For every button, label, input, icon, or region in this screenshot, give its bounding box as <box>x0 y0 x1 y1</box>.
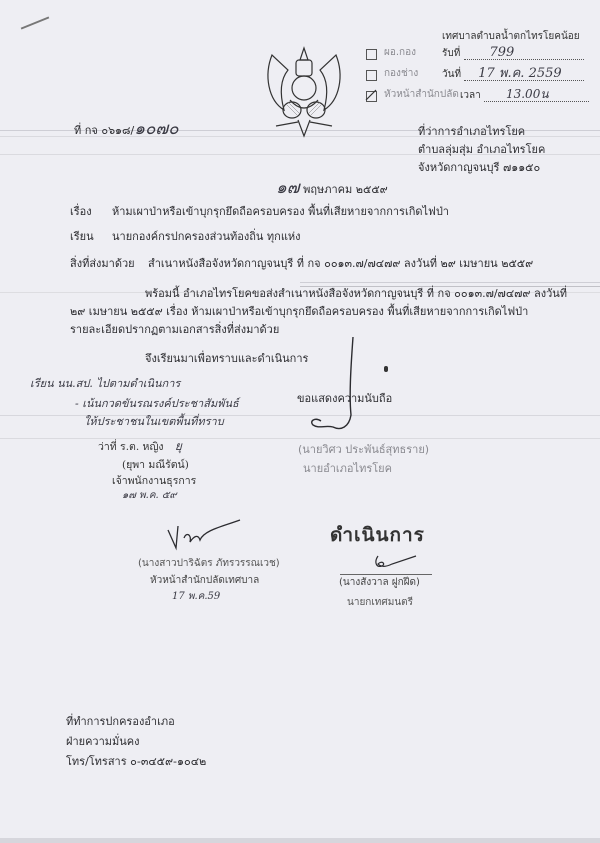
staff-check: ว่าที่ ร.ต. หญิง ยุ <box>98 437 182 456</box>
letter-date: ๑๗ พฤษภาคม ๒๕๕๙ <box>276 181 388 197</box>
district-chief-signature <box>305 335 375 439</box>
staff-date: ๑๗ พ.ค. ๕๙ <box>122 488 177 503</box>
handwritten-instruction: ให้ประชาชนในเขตพื้นที่ทราบ <box>84 412 224 430</box>
garuda-emblem-icon <box>262 40 346 140</box>
recipient-label: เรียน <box>70 230 94 244</box>
handwritten-instruction: - เน้นกวดขันรณรงค์ประชาสัมพันธ์ <box>75 394 239 412</box>
reference-number: ที่ กจ ๐๖๑๘/๑๐๗๐ <box>74 122 179 138</box>
scan-artifact-line <box>300 282 600 283</box>
signer-name: (นายวิศว ประพันธ์สุทธราย) <box>298 443 429 457</box>
sender-address-line: จังหวัดกาญจนบุรี ๗๑๑๕๐ <box>418 161 540 175</box>
checkmark-icon <box>365 89 377 101</box>
body-paragraph-line: รายละเอียดปรากฏตามเอกสารสิ่งที่ส่งมาด้วย <box>70 323 279 337</box>
receipt-number-label: รับที่ <box>442 48 460 59</box>
staff-initial-signature: ยุ <box>175 439 182 453</box>
body-paragraph-line: ๒๙ เมษายน ๒๕๕๙ เรื่อง ห้ามเผาป่าหรือเข้า… <box>70 305 528 319</box>
recipient-text: นายกองค์กรปกครองส่วนท้องถิ่น ทุกแห่ง <box>112 230 301 244</box>
receipt-time-row: เวลา 13.00น <box>460 88 589 102</box>
reference-number-handwritten: ๑๐๗๐ <box>134 119 178 139</box>
receipt-date-row: วันที่ 17 พ.ค. 2559 <box>442 67 584 81</box>
mayor-signature <box>372 552 422 576</box>
letter-date-day: ๑๗ <box>276 178 300 198</box>
reference-number-label: ที่ กจ ๐๖๑๘/ <box>74 124 134 137</box>
chief-date: 17 พ.ค.59 <box>172 589 220 604</box>
mayor-title: นายกเทศมนตรี <box>347 596 413 609</box>
receipt-option-text: หัวหน้าสำนักปลัด <box>384 89 459 100</box>
mayor-name: (นางสังวาล ฝูกฝีด) <box>339 576 420 589</box>
footer-office: ที่ทำการปกครองอำเภอ <box>66 715 175 729</box>
page-bottom-edge <box>0 838 600 843</box>
receipt-time-label: เวลา <box>460 90 481 101</box>
receipt-stamp-org: เทศบาลตำบลน้ำตกไทรโยคน้อย <box>442 30 580 43</box>
ink-dot <box>384 366 388 372</box>
staff-name: (ยุพา มณีรัตน์) <box>122 456 189 473</box>
staff-rank: ว่าที่ ร.ต. หญิง <box>98 441 164 453</box>
scanned-letter-page: ที่ กจ ๐๖๑๘/๑๐๗๐ เทศบาลตำบลน้ำตกไทรโยคน <box>0 0 600 843</box>
signature-line <box>340 574 432 575</box>
receipt-date-label: วันที่ <box>442 69 461 80</box>
footer-department: ฝ่ายความมั่นคง <box>66 735 140 749</box>
chief-signature <box>164 516 244 556</box>
receipt-option-label: หัวหน้าสำนักปลัด <box>384 88 459 101</box>
signer-title: นายอำเภอไทรโยค <box>303 462 392 476</box>
receipt-date-value: 17 พ.ค. 2559 <box>464 67 584 81</box>
receipt-stamp: เทศบาลตำบลน้ำตกไทรโยคน้อย ผอ.กอง รับที่ … <box>362 30 592 120</box>
enclosure-text: สำเนาหนังสือจังหวัดกาญจนบุรี ที่ กจ ๐๐๑๓… <box>148 257 533 271</box>
staple-mark <box>21 16 50 29</box>
sender-address-line: ที่ว่าการอำเภอไทรโยค <box>418 125 525 139</box>
subject-label: เรื่อง <box>70 205 92 219</box>
footer-phone: โทร/โทรสาร ๐-๓๔๕๙-๑๐๔๒ <box>66 755 206 769</box>
chief-title: หัวหน้าสำนักปลัดเทศบาล <box>150 574 259 587</box>
receipt-option-label: กองช่าง <box>384 67 418 80</box>
subject-text: ห้ามเผาป่าหรือเข้าบุกรุกยึดถือครอบครอง พ… <box>112 205 449 219</box>
staff-title: เจ้าพนักงานธุรการ <box>112 472 196 489</box>
receipt-option-checkbox-checked[interactable] <box>366 91 377 102</box>
chief-name: (นางสาวปาริฉัตร ภัทรวรรณเวช) <box>138 557 280 570</box>
enclosure-label: สิ่งที่ส่งมาด้วย <box>70 257 135 271</box>
sender-address-line: ตำบลลุ่มสุ่ม อำเภอไทรโยค <box>418 143 545 157</box>
receipt-number-value: 799 <box>464 46 584 60</box>
handwritten-instruction: เรียน นน.สป. ไปตามดำเนินการ <box>30 374 180 392</box>
receipt-number-row: รับที่ 799 <box>442 46 584 60</box>
letter-date-month-year: พฤษภาคม ๒๕๕๙ <box>303 183 388 196</box>
action-stamp: ดำเนินการ <box>330 520 425 550</box>
receipt-option-label: ผอ.กอง <box>384 46 416 59</box>
receipt-option-checkbox[interactable] <box>366 49 377 60</box>
receipt-time-value: 13.00น <box>484 88 589 102</box>
closing-request: จึงเรียนมาเพื่อทราบและดำเนินการ <box>145 352 308 366</box>
body-paragraph-line: พร้อมนี้ อำเภอไทรโยคขอส่งสำเนาหนังสือจัง… <box>145 287 567 301</box>
scan-artifact-line <box>0 438 600 439</box>
receipt-option-checkbox[interactable] <box>366 70 377 81</box>
